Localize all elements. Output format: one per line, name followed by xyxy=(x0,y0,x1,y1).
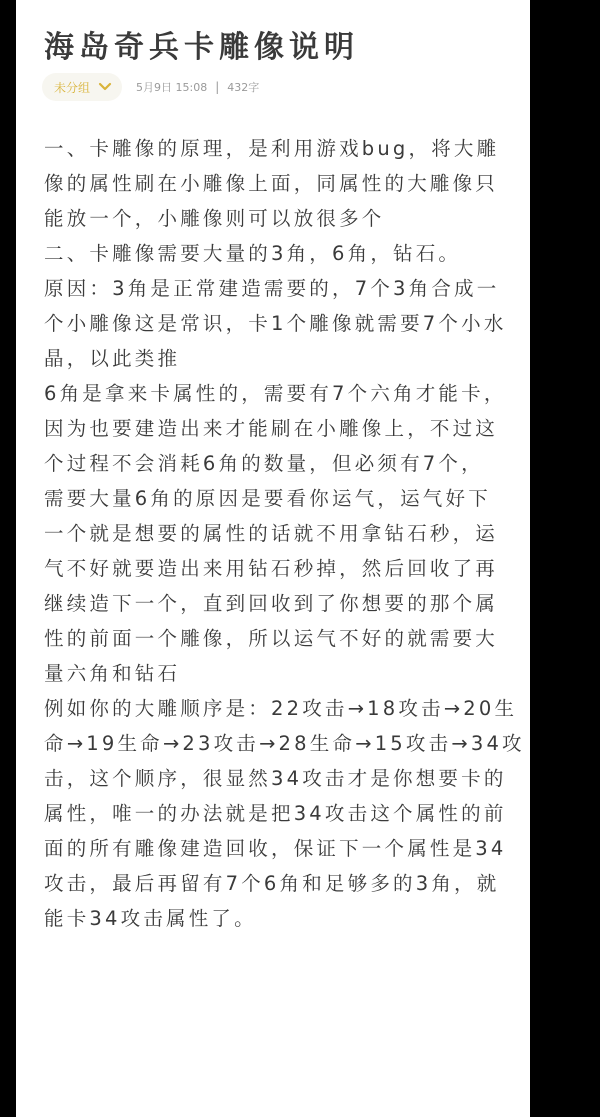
body-line: 6角是拿来卡属性的，需要有7个六角才能卡， xyxy=(44,376,524,411)
body-line: 一、卡雕像的原理，是利用游戏bug，将大雕 xyxy=(44,131,524,166)
body-line: 击，这个顺序，很显然34攻击才是你想要卡的 xyxy=(44,761,524,796)
note-meta: 未分组 5月9日 15:08 | 432字 xyxy=(42,72,259,102)
body-line: 例如你的大雕顺序是：22攻击→18攻击→20生 xyxy=(44,691,524,726)
body-line: 因为也要建造出来才能刷在小雕像上，不过这 xyxy=(44,411,524,446)
body-line: 像的属性刷在小雕像上面，同属性的大雕像只 xyxy=(44,166,524,201)
body-line: 继续造下一个，直到回收到了你想要的那个属 xyxy=(44,586,524,621)
body-line: 能放一个，小雕像则可以放很多个 xyxy=(44,201,524,236)
meta-separator: | xyxy=(215,80,219,94)
body-line: 面的所有雕像建造回收，保证下一个属性是34 xyxy=(44,831,524,866)
body-line: 属性，唯一的办法就是把34攻击这个属性的前 xyxy=(44,796,524,831)
group-selector[interactable]: 未分组 xyxy=(42,73,122,101)
note-title: 海岛奇兵卡雕像说明 xyxy=(44,22,359,66)
body-line: 气不好就要造出来用钻石秒掉，然后回收了再 xyxy=(44,551,524,586)
group-label: 未分组 xyxy=(54,79,90,96)
body-line: 能卡34攻击属性了。 xyxy=(44,901,524,936)
note-date: 5月9日 15:08 xyxy=(136,79,207,95)
chevron-down-icon xyxy=(98,82,112,92)
note-page: 海岛奇兵卡雕像说明 未分组 5月9日 15:08 | 432字 一、卡雕像的原理… xyxy=(16,0,530,1117)
body-line: 个过程不会消耗6角的数量，但必须有7个， xyxy=(44,446,524,481)
body-line: 需要大量6角的原因是要看你运气，运气好下 xyxy=(44,481,524,516)
word-count: 432字 xyxy=(227,79,259,95)
body-line: 攻击，最后再留有7个6角和足够多的3角，就 xyxy=(44,866,524,901)
body-line: 原因：3角是正常建造需要的，7个3角合成一 xyxy=(44,271,524,306)
body-line: 二、卡雕像需要大量的3角，6角，钻石。 xyxy=(44,236,524,271)
body-line: 一个就是想要的属性的话就不用拿钻石秒，运 xyxy=(44,516,524,551)
body-line: 个小雕像这是常识，卡1个雕像就需要7个小水 xyxy=(44,306,524,341)
body-line: 晶，以此类推 xyxy=(44,341,524,376)
body-line: 命→19生命→23攻击→28生命→15攻击→34攻 xyxy=(44,726,524,761)
note-body[interactable]: 一、卡雕像的原理，是利用游戏bug，将大雕 像的属性刷在小雕像上面，同属性的大雕… xyxy=(44,131,524,936)
body-line: 量六角和钻石 xyxy=(44,656,524,691)
body-line: 性的前面一个雕像，所以运气不好的就需要大 xyxy=(44,621,524,656)
